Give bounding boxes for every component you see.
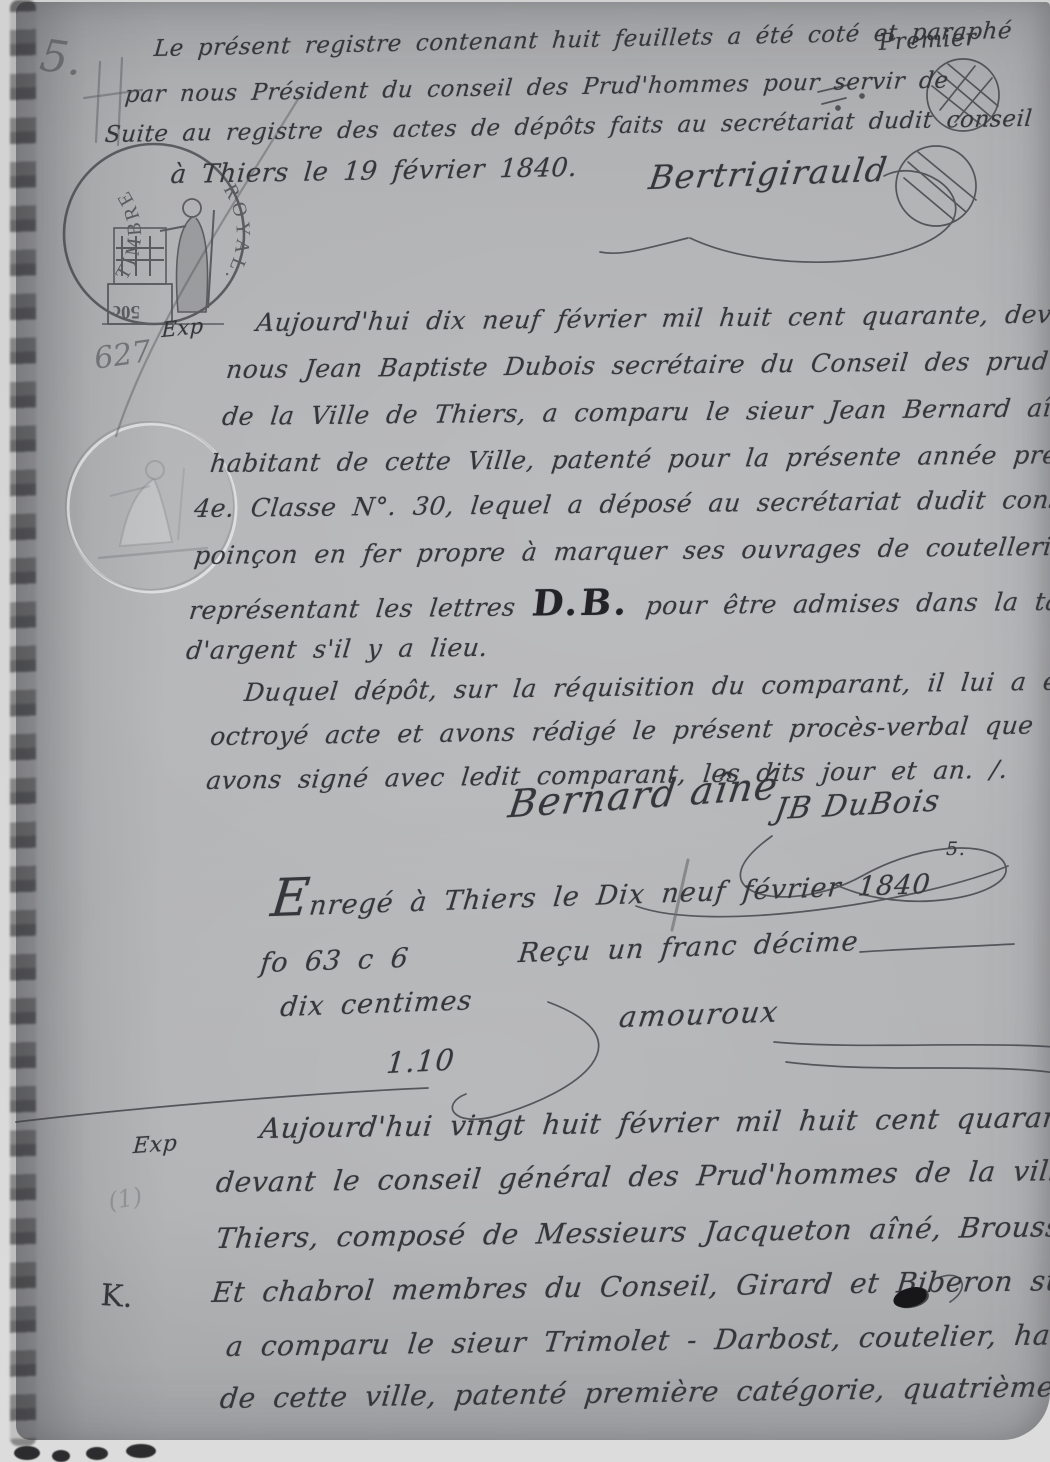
margin-k-mark: K.	[100, 1278, 134, 1315]
signature-amouroux: amouroux	[617, 994, 781, 1034]
act1-line-7: représentant les lettres D.B. pour être …	[187, 576, 1050, 628]
binding-frays	[0, 1432, 200, 1462]
fray-spot	[14, 1446, 40, 1460]
svg-text:TIMBRE: TIMBRE	[111, 185, 146, 284]
stamp-arc-left-text: TIMBRE	[111, 185, 146, 284]
registration-folio: fo 63 c 6	[259, 943, 411, 979]
stamp-arc-right-text: ROYAL.	[219, 181, 254, 288]
timbre-royal-stamp: TIMBRE ROYAL. 50c	[56, 136, 252, 332]
margin-exp-note-1: Exp	[161, 314, 204, 343]
torn-binding-edge	[10, 0, 36, 1446]
act1-line-7-prefix: représentant les lettres	[188, 593, 518, 625]
fray-spot	[52, 1450, 70, 1462]
act1-line-7-suffix: pour être admises dans la table	[644, 586, 1050, 620]
registration-initial: E	[268, 868, 313, 930]
margin-pencil-1: (1)	[106, 1182, 144, 1215]
deposited-mark-letters: D.B.	[530, 581, 632, 624]
margin-sig-number: 5.	[946, 838, 965, 860]
act1-line-8: d'argent s'il y a lieu.	[185, 633, 490, 665]
fray-spot	[126, 1444, 156, 1458]
margin-exp-note-2: Exp	[132, 1131, 178, 1159]
registration-amount: 1.10	[385, 1042, 456, 1080]
stamp-value-text: 50c	[113, 301, 140, 322]
fray-spot	[86, 1447, 108, 1460]
svg-text:ROYAL.: ROYAL.	[219, 181, 254, 288]
scan-background: 5. Premier Le présent registre contenant…	[0, 0, 1050, 1462]
margin-top-left-number: 5.	[37, 30, 86, 86]
